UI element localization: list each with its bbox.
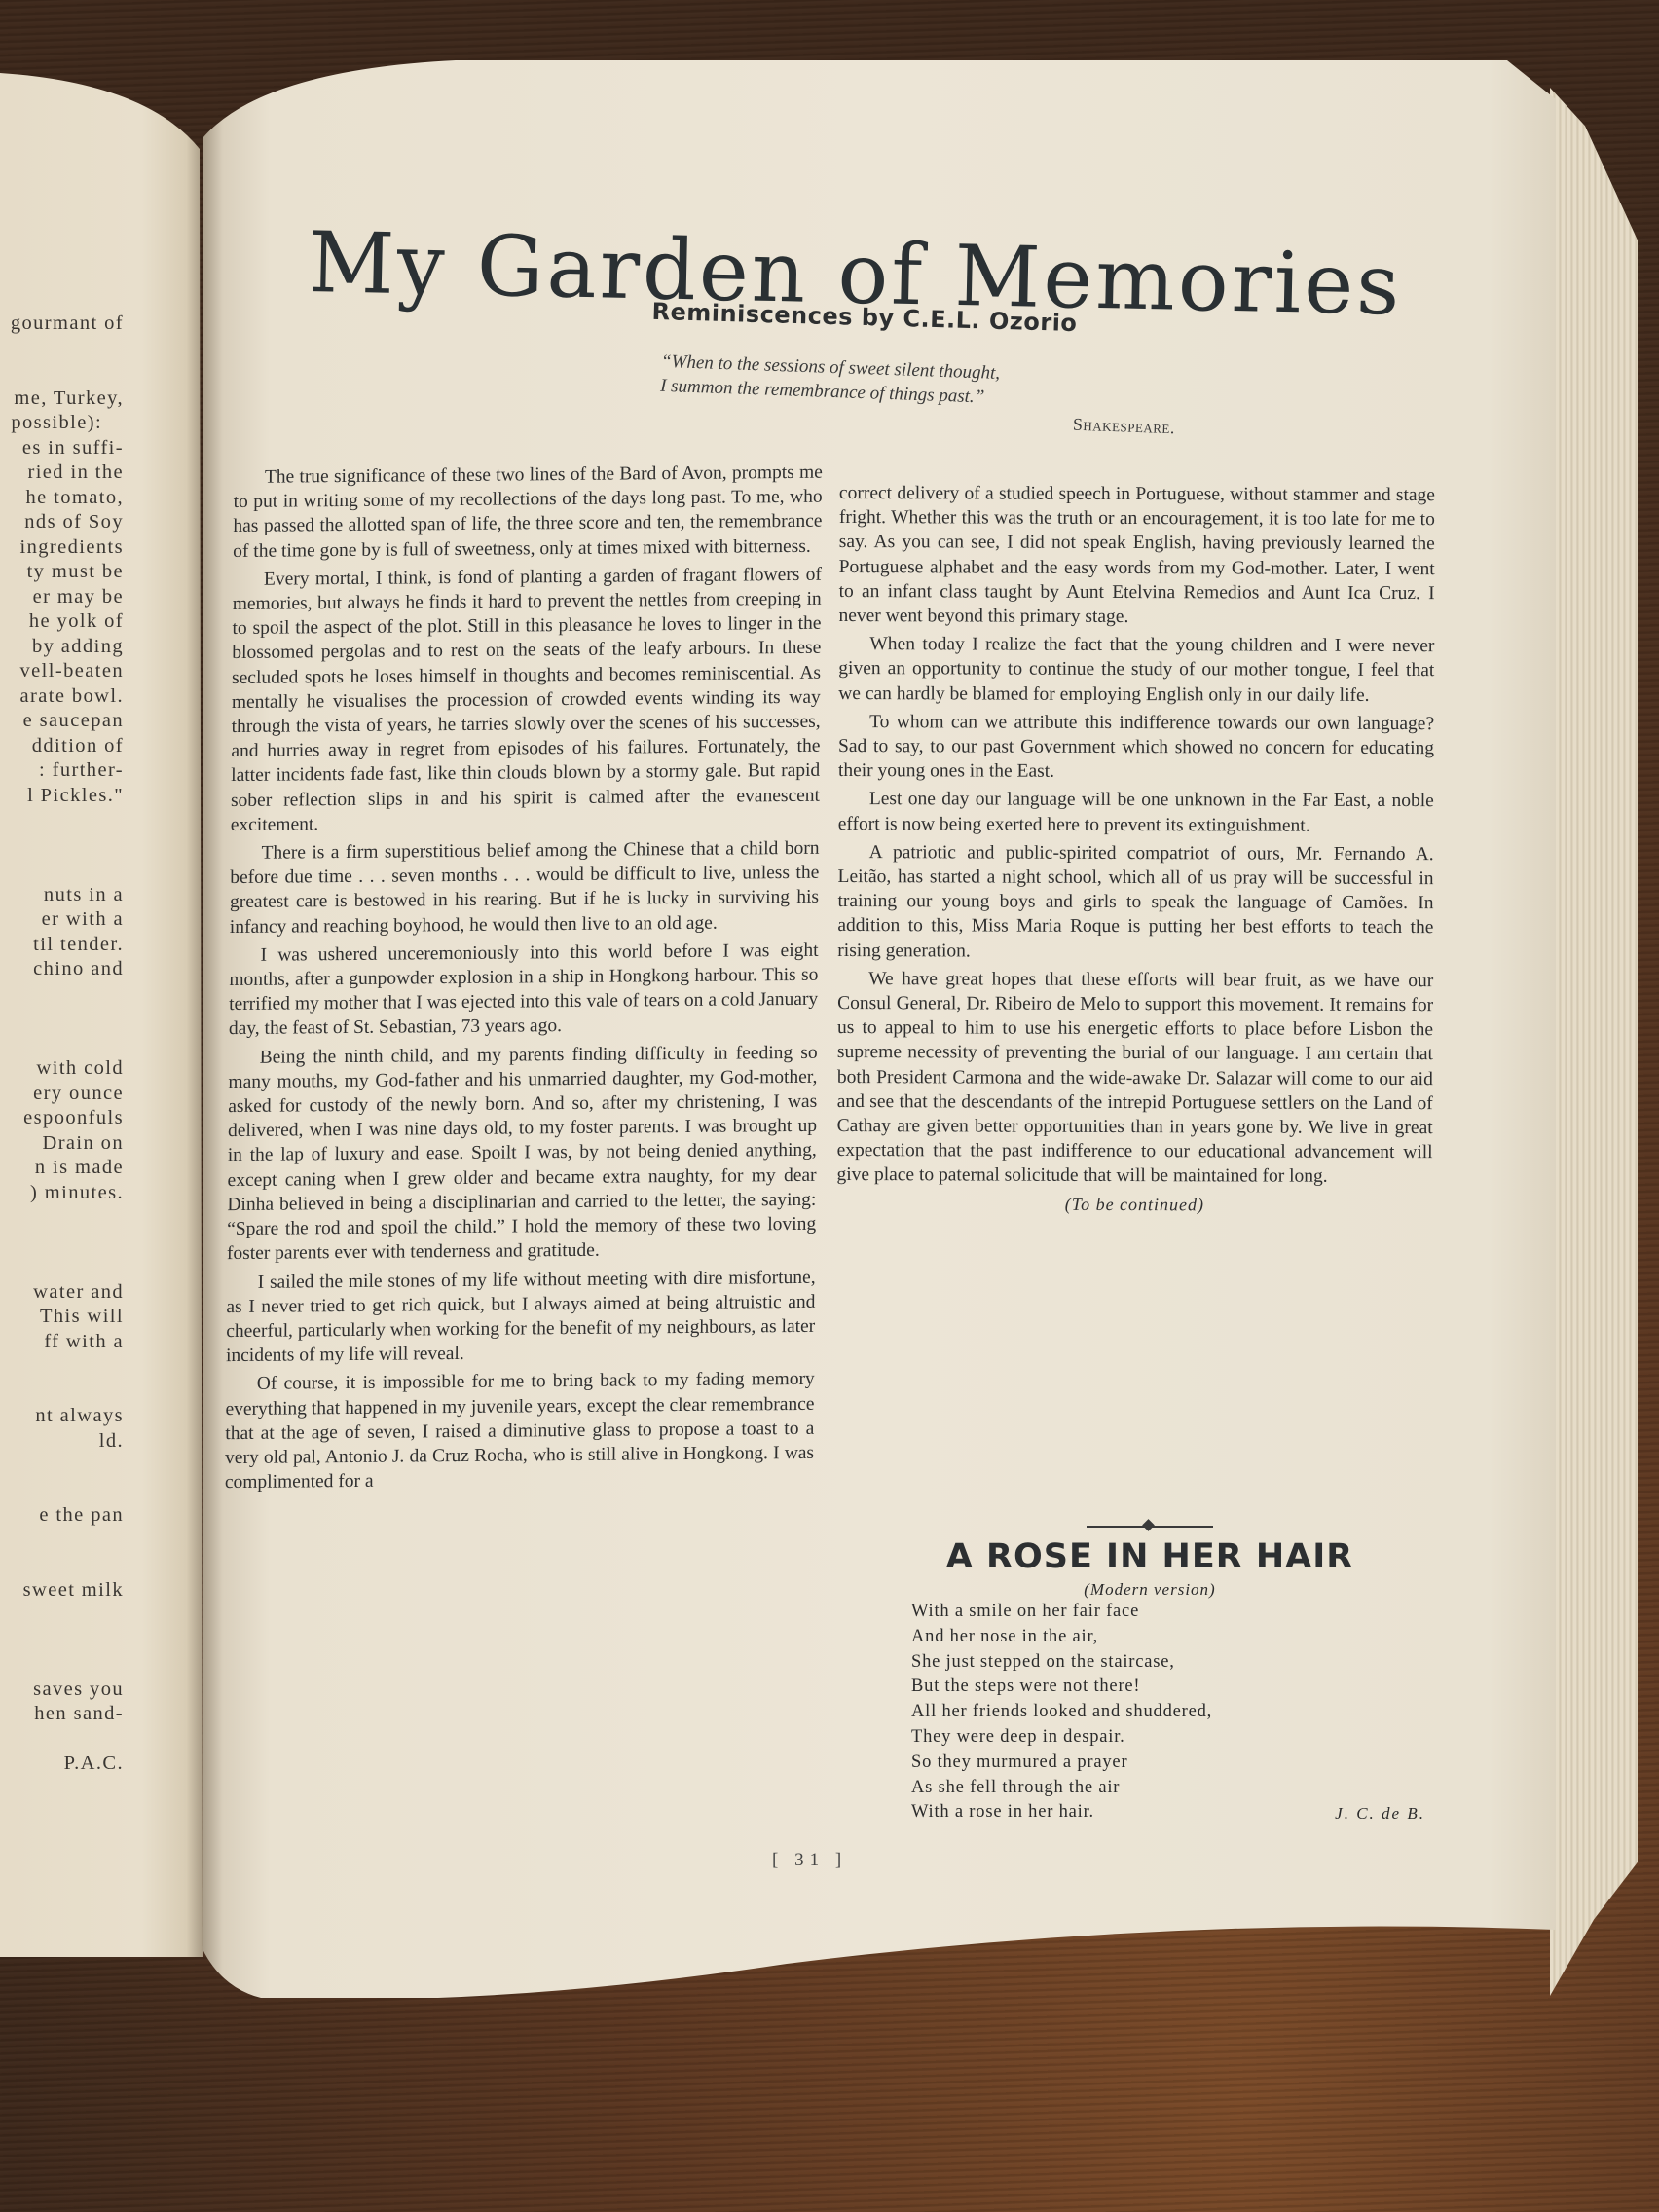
previous-page-line: ingredients [0,535,124,561]
poem-line: And her nose in the air, [911,1625,1447,1650]
paragraph: To whom can we attribute this indifferen… [838,710,1434,786]
previous-page-line: er may be [0,585,124,610]
previous-page-line [0,858,124,883]
previous-page-line: nt always [0,1404,124,1429]
previous-page-line [0,361,124,387]
previous-page-line: ery ounce [0,1082,124,1107]
previous-page-line [0,1205,124,1231]
paragraph: The true significance of these two lines… [233,461,823,564]
previous-page-line: This will [0,1305,124,1330]
poem-line: But the steps were not there! [911,1675,1447,1700]
previous-page-line: espoonfuls [0,1106,124,1131]
previous-page-line: ried in the [0,461,124,486]
previous-page-line: hen sand- [0,1702,124,1727]
current-page: My Garden of Memories Reminiscences by C… [203,60,1556,1998]
previous-page-line: ld. [0,1429,124,1455]
previous-page-line: : further- [0,758,124,784]
previous-page-line: possible):— [0,411,124,436]
previous-page-line: P.A.C. [0,1751,124,1777]
previous-page-line: with cold [0,1056,124,1082]
previous-page-line [0,982,124,1008]
paragraph: A patriotic and public-spirited compatri… [837,840,1433,965]
paragraph: I sailed the mile stones of my life with… [226,1265,816,1368]
previous-page-line: arate bowl. [0,684,124,710]
epigraph: “When to the sessions of sweet silent th… [659,350,1119,438]
previous-page-line: n is made [0,1156,124,1181]
previous-page-line: chino and [0,957,124,982]
previous-page-line [0,808,124,833]
previous-page-line: nds of Soy [0,510,124,535]
previous-page: gourmant ofme, Turkey,possible):—es in s… [0,73,203,1957]
page-edges-stack [1550,88,1638,1996]
previous-page-line: ) minutes. [0,1181,124,1206]
paragraph: correct delivery of a studied speech in … [838,481,1435,630]
previous-page-line [0,1380,124,1405]
previous-page-line [0,337,124,362]
diamond-rule-divider [1087,1526,1213,1528]
previous-page-line: vell-beaten [0,659,124,684]
previous-page-line [0,1007,124,1032]
previous-page-line [0,1454,124,1479]
previous-page-line: water and [0,1280,124,1306]
paragraph: Every mortal, I think, is fond of planti… [231,563,822,838]
previous-page-line: nuts in a [0,883,124,908]
poem-verses: With a smile on her fair face And her no… [911,1600,1447,1825]
previous-page-line: he yolk of [0,609,124,635]
page-number: [ 31 ] [772,1850,847,1871]
poem-line: She just stepped on the staircase, [911,1650,1447,1676]
previous-page-line [0,1553,124,1578]
previous-page-line [0,1529,124,1554]
previous-page-line: til tender. [0,933,124,958]
previous-page-line: saves you [0,1677,124,1703]
previous-page-line: ff with a [0,1330,124,1355]
previous-page-text-column: gourmant ofme, Turkey,possible):—es in s… [0,312,124,1777]
paragraph: Lest one day our language will be one un… [838,787,1434,838]
previous-page-line: gourmant of [0,312,124,337]
previous-page-line [0,1603,124,1628]
poem-line: With a smile on her fair face [911,1600,1447,1625]
poem-line: So they murmured a prayer [911,1751,1447,1776]
previous-page-line: Drain on [0,1131,124,1157]
previous-page-line: sweet milk [0,1578,124,1604]
paragraph: I was ushered unceremoniously into this … [229,939,819,1042]
paragraph: There is a firm superstitious belief amo… [230,836,820,940]
previous-page-line: by adding [0,635,124,660]
previous-page-line [0,1354,124,1380]
article-column-right: correct delivery of a studied speech in … [836,481,1435,1218]
previous-page-line [0,1255,124,1280]
poem-line: They were deep in despair. [911,1725,1447,1751]
previous-page-line [0,1231,124,1256]
article: My Garden of Memories Reminiscences by C… [203,60,1556,1998]
previous-page-line [0,1479,124,1504]
previous-page-line: e saucepan [0,709,124,734]
previous-page-line: he tomato, [0,486,124,511]
previous-page-line [0,1032,124,1057]
diamond-icon [1142,1519,1155,1531]
poem: A ROSE IN HER HAIR (Modern version) With… [853,1526,1447,1824]
paragraph: Of course, it is impossible for me to br… [225,1367,815,1494]
previous-page-line [0,1727,124,1752]
poem-line: As she fell through the air [911,1776,1447,1801]
poem-line: All her friends looked and shuddered, [911,1700,1447,1725]
poem-title: A ROSE IN HER HAIR [853,1537,1447,1576]
previous-page-line: es in suffi- [0,436,124,461]
article-column-left: The true significance of these two lines… [225,461,823,1499]
previous-page-line: me, Turkey, [0,387,124,412]
to-be-continued-note: (To be continued) [836,1192,1432,1218]
previous-page-line [0,1652,124,1677]
previous-page-line: ddition of [0,734,124,759]
previous-page-line [0,1628,124,1653]
previous-page-line: l Pickles." [0,784,124,809]
paragraph: We have great hopes that these efforts w… [836,967,1433,1190]
previous-page-line: ty must be [0,560,124,585]
paragraph: Being the ninth child, and my parents fi… [227,1040,818,1266]
paragraph: When today I realize the fact that the y… [838,632,1434,708]
poem-subtitle: (Modern version) [853,1580,1447,1600]
previous-page-line [0,833,124,859]
previous-page-line: e the pan [0,1503,124,1529]
previous-page-line: er with a [0,907,124,933]
